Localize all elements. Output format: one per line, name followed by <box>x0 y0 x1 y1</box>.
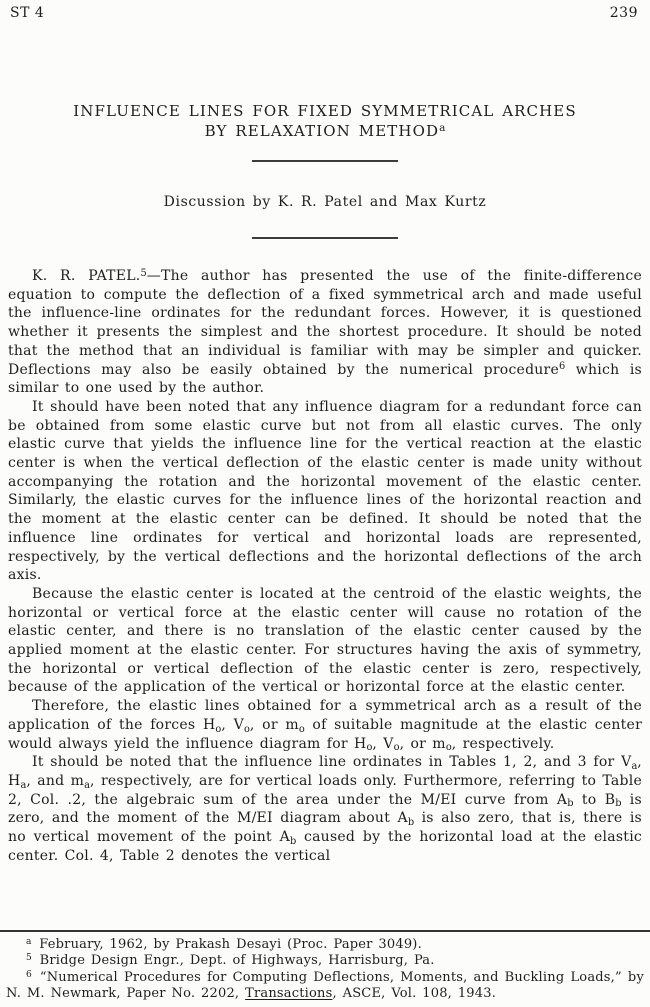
text-segment: , ASCE, Vol. 108, 1943. <box>332 986 496 1001</box>
paragraph-1: K. R. PATEL.5—The author has presented t… <box>8 267 642 398</box>
footnote-6: 6 “Numerical Procedures for Computing De… <box>6 970 644 1003</box>
subscript: o <box>366 742 372 753</box>
running-header: ST 4 239 <box>0 0 650 21</box>
text-segment: , respectively. <box>452 736 555 752</box>
subscript: a <box>84 780 90 791</box>
superscript: 5 <box>26 953 32 963</box>
text-segment: , or m <box>400 736 446 752</box>
byline: Discussion by K. R. Patel and Max Kurtz <box>0 194 650 210</box>
text-segment: to B <box>574 792 616 808</box>
footnote-a: a February, 1962, by Prakash Desayi (Pro… <box>6 937 644 953</box>
subscript: o <box>446 742 452 753</box>
text-segment: , respectively, are for vertical loads o… <box>8 773 642 808</box>
subscript: a <box>631 761 637 772</box>
title-line-2: BY RELAXATION METHODa <box>0 121 650 141</box>
subscript: o <box>299 724 305 735</box>
subscript: o <box>394 742 400 753</box>
superscript: a <box>26 937 31 947</box>
text-segment: , V <box>221 717 244 733</box>
text-segment: It should have been noted that any influ… <box>8 399 642 583</box>
paragraph-5: It should be noted that the influence li… <box>8 753 642 865</box>
text-segment: Transactions <box>245 986 332 1001</box>
text-segment: Because the elastic center is located at… <box>8 586 642 696</box>
paragraph-2: It should have been noted that any influ… <box>8 398 642 585</box>
page-number: 239 <box>610 5 638 21</box>
article-body: K. R. PATEL.5—The author has presented t… <box>0 267 650 917</box>
text-segment: , V <box>372 736 393 752</box>
paragraph-4: Therefore, the elastic lines obtained fo… <box>8 697 642 753</box>
text-segment: BY RELAXATION METHOD <box>205 122 439 140</box>
text-segment: , or m <box>250 717 299 733</box>
divider-rule-bottom <box>252 237 398 239</box>
journal-page: ST 4 239 INFLUENCE LINES FOR FIXED SYMME… <box>0 0 650 1007</box>
subscript: b <box>567 798 573 809</box>
superscript: 6 <box>26 970 32 980</box>
article-title: INFLUENCE LINES FOR FIXED SYMMETRICAL AR… <box>0 101 650 141</box>
text-segment: It should be noted that the influence li… <box>32 754 631 770</box>
paragraph-3: Because the elastic center is located at… <box>8 585 642 697</box>
subscript: o <box>215 724 221 735</box>
text-segment: , and m <box>26 773 84 789</box>
superscript: a <box>439 122 445 134</box>
subscript: a <box>20 780 26 791</box>
footnote-5: 5 Bridge Design Engr., Dept. of Highways… <box>6 953 644 969</box>
footnotes-section: a February, 1962, by Prakash Desayi (Pro… <box>0 930 650 1002</box>
subscript: b <box>615 798 621 809</box>
divider-rule-top <box>252 160 398 162</box>
subscript: b <box>290 836 296 847</box>
text-segment: K. R. PATEL. <box>32 268 141 284</box>
subscript: b <box>408 817 414 828</box>
subscript: o <box>244 724 250 735</box>
running-head-section: ST 4 <box>10 5 44 21</box>
superscript: 5 <box>141 268 147 279</box>
title-line-1: INFLUENCE LINES FOR FIXED SYMMETRICAL AR… <box>0 101 650 121</box>
superscript: 6 <box>559 361 565 372</box>
text-segment: Bridge Design Engr., Dept. of Highways, … <box>34 953 435 968</box>
text-segment: February, 1962, by Prakash Desayi (Proc.… <box>33 937 422 952</box>
text-segment: —The author has presented the use of the… <box>8 268 642 378</box>
